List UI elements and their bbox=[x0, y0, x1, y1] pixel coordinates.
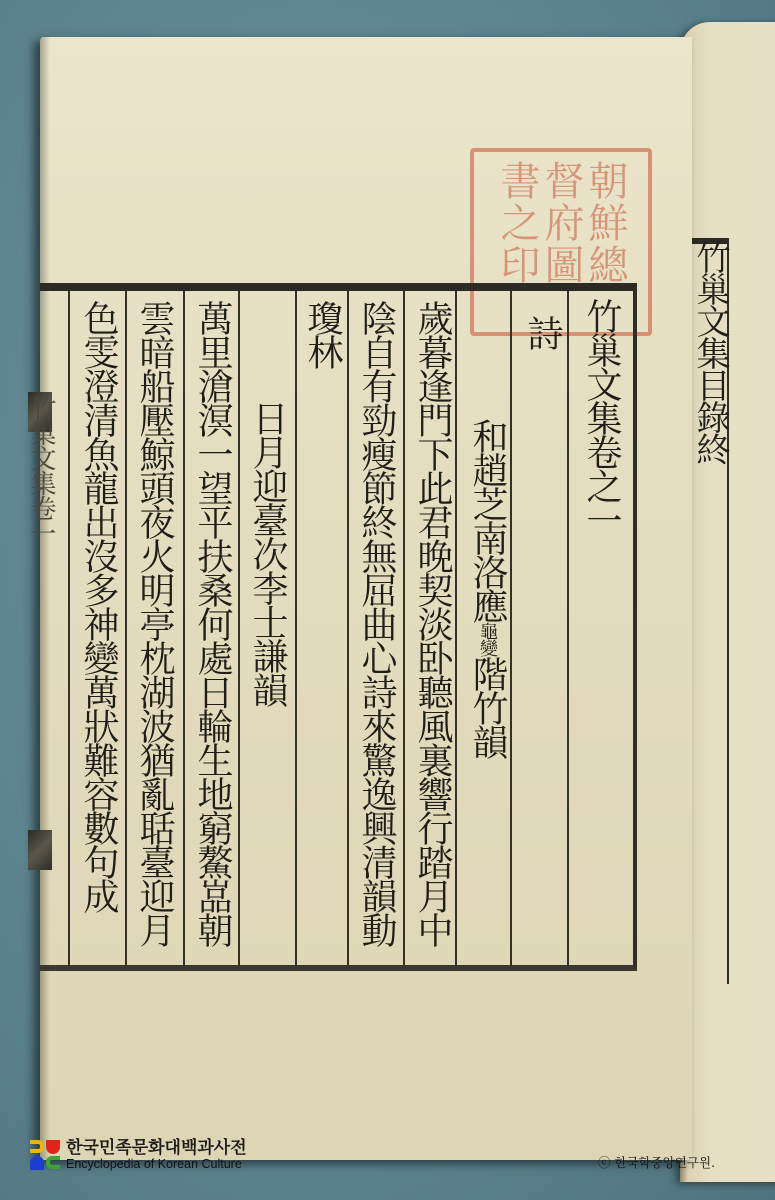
encyclopedia-logo: 한국민족문화대백과사전 Encyclopedia of Korean Cultu… bbox=[30, 1139, 247, 1171]
volume-title: 竹巢文集卷之一 bbox=[577, 298, 625, 536]
copyright-notice: ⓒ 한국학중앙연구원. bbox=[598, 1153, 715, 1171]
column-rule bbox=[125, 291, 127, 967]
column-rule bbox=[238, 291, 240, 967]
poem-line: 瓊林 bbox=[298, 300, 346, 368]
poem-line: 陰自有勁瘦節終無屈曲心詩來驚逸興清韻動 bbox=[352, 300, 400, 946]
column-rule bbox=[183, 291, 185, 967]
adjacent-page-title: 竹巢文集目錄終 bbox=[688, 240, 732, 464]
poem-line: 萬里滄溟一望平扶桑何處日輪生地窮鰲嵓朝 bbox=[188, 300, 236, 946]
logo-english-text: Encyclopedia of Korean Culture bbox=[66, 1157, 247, 1171]
poem-title-1-note: 龜變 bbox=[477, 622, 498, 656]
poem-title-1: 和趙芝南洛應龜變階竹韻 bbox=[463, 418, 511, 758]
column-rule bbox=[295, 291, 297, 967]
poem-line: 色雯澄清魚龍出沒多神變萬狀難容數句成 bbox=[74, 300, 122, 912]
section-heading: 詩 bbox=[518, 315, 566, 349]
poem-line: 雲暗船壓鯨頭夜火明亭枕湖波猶亂聒臺迎月 bbox=[130, 300, 178, 946]
poem-title-1-text-after: 階竹韻 bbox=[467, 656, 508, 758]
column-rule bbox=[68, 291, 70, 967]
column-rule bbox=[347, 291, 349, 967]
logo-mark-icon bbox=[30, 1140, 62, 1170]
column-rule bbox=[403, 291, 405, 967]
poem-title-1-text: 和趙芝南洛應 bbox=[467, 418, 508, 622]
logo-korean-text: 한국민족문화대백과사전 bbox=[66, 1139, 247, 1157]
column-rule bbox=[567, 291, 569, 967]
poem-line: 歲暮逢門下此君晚契淡卧聽風裏響行踏月中 bbox=[408, 300, 456, 946]
poem-title-2: 日月迎臺次李士謙韻 bbox=[243, 400, 291, 706]
